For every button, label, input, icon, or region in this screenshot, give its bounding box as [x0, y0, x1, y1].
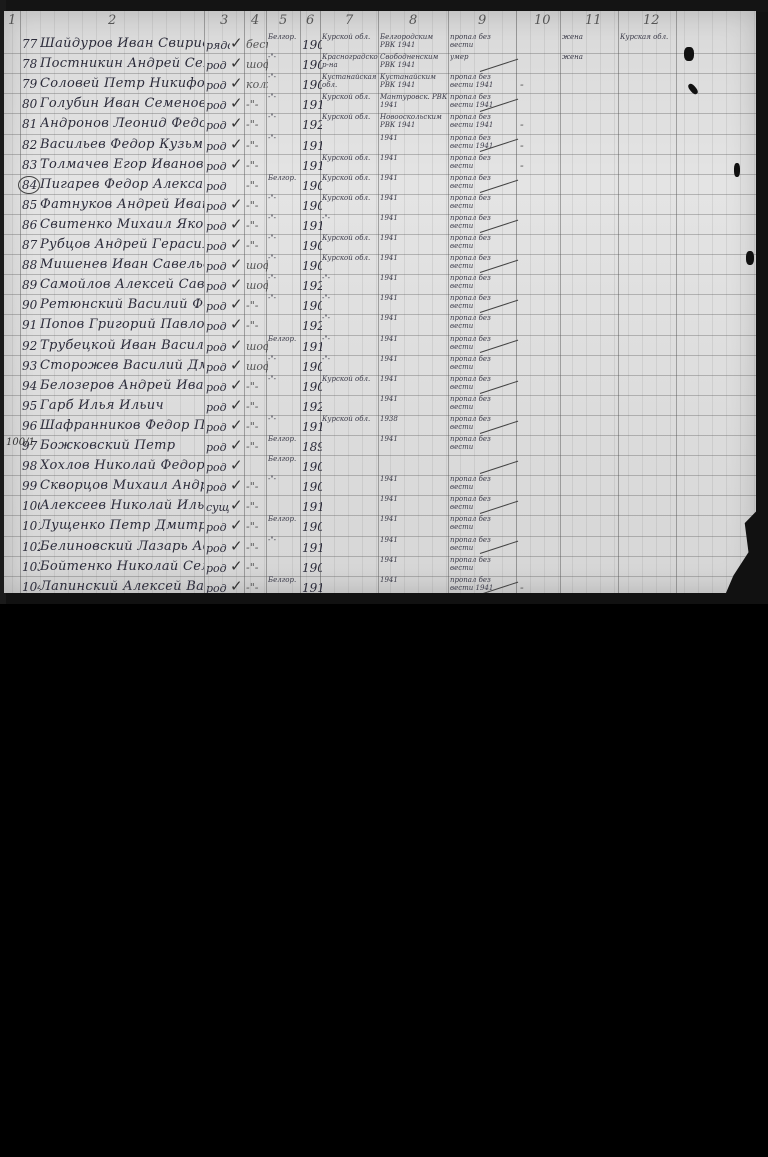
column-number: 5 — [279, 13, 287, 28]
cell-rank: род — [206, 582, 230, 604]
cell-col11 — [562, 576, 618, 600]
cell-col9: пропал без вести 1941 — [450, 576, 516, 600]
cell-mark: ✓ — [230, 577, 244, 601]
margin-note: 100/1 — [6, 437, 35, 448]
column-number: 3 — [220, 13, 228, 28]
scan-border-top — [0, 0, 768, 12]
cell-no: 104 — [22, 580, 40, 604]
column-number: 12 — [643, 13, 660, 28]
cell-col12 — [620, 576, 676, 600]
column-number: 10 — [534, 13, 551, 28]
register-sheet: 123456789101112 77Шайдуров Иван Свиридов… — [4, 11, 756, 593]
cell-place: Белгор. — [268, 576, 300, 600]
ink-stain — [746, 251, 754, 265]
cell-col4: -"- — [246, 581, 268, 604]
ink-stain — [734, 163, 740, 177]
column-number: 4 — [251, 13, 259, 28]
column-number: 11 — [585, 13, 602, 28]
cell-col8: 1941 — [380, 576, 448, 600]
register-row: 104Лапинский Алексей Васильевичрод✓-"-Бе… — [4, 576, 756, 600]
column-number: 1 — [8, 13, 16, 28]
ink-stain — [684, 47, 694, 61]
cell-col10: - — [520, 581, 560, 604]
scanned-document: 123456789101112 77Шайдуров Иван Свиридов… — [0, 0, 768, 604]
column-number: 6 — [306, 13, 314, 28]
column-number: 2 — [108, 13, 116, 28]
cell-year: 1911 — [302, 581, 322, 604]
column-number: 8 — [409, 13, 417, 28]
cell-name: Лапинский Алексей Васильевич — [40, 579, 204, 603]
circled-row-number — [18, 176, 40, 194]
row-rule — [4, 596, 756, 597]
column-number: 7 — [345, 13, 353, 28]
column-number: 9 — [478, 13, 486, 28]
cell-col7 — [322, 576, 378, 600]
